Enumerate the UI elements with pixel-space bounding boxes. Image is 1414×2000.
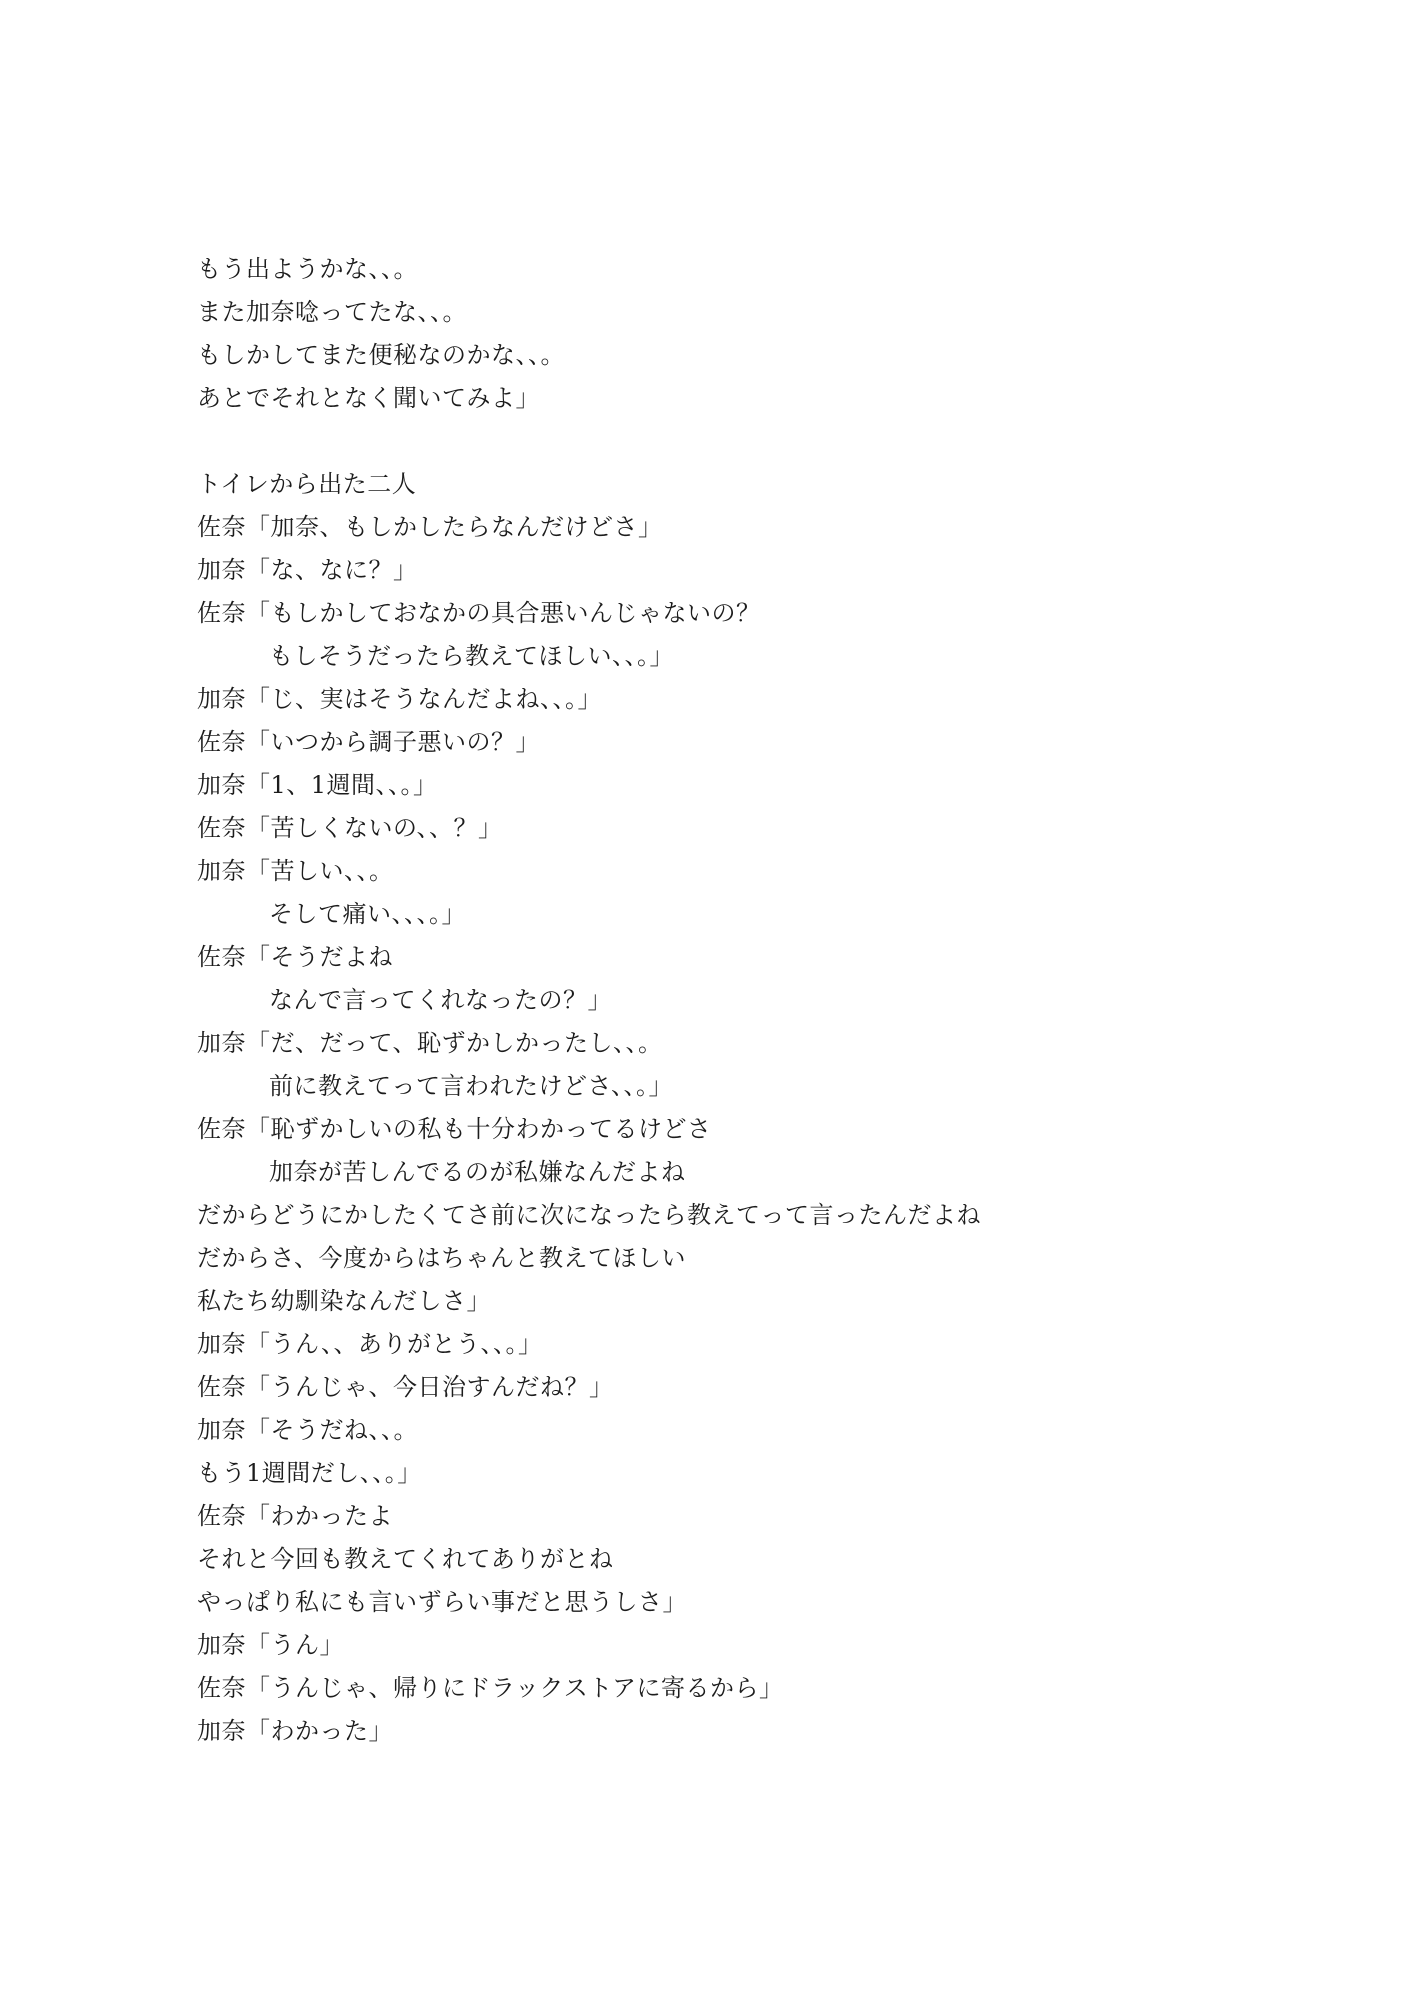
text-line: 加奈「うん、、ありがとう、、。」 (197, 1323, 1327, 1366)
text-line: やっぱり私にも言いずらい事だと思うしさ」 (197, 1581, 1327, 1624)
text-line: なんで言ってくれなったの？」 (197, 979, 1327, 1022)
text-line: もしかしてまた便秘なのかな、、。 (197, 334, 1327, 377)
text-line: 加奈「じ、実はそうなんだよね、、。」 (197, 678, 1327, 721)
text-line: もう出ようかな、、。 (197, 248, 1327, 291)
text-line: あとでそれとなく聞いてみよ」 (197, 377, 1327, 420)
text-line: 加奈「そうだね、、。 (197, 1409, 1327, 1452)
text-line: 加奈「だ、だって、恥ずかしかったし、、。 (197, 1022, 1327, 1065)
text-line: トイレから出た二人 (197, 463, 1327, 506)
script-text-block: もう出ようかな、、。 また加奈唸ってたな、、。 もしかしてまた便秘なのかな、、。… (197, 248, 1327, 1753)
text-line: 加奈「わかった」 (197, 1710, 1327, 1753)
text-line: また加奈唸ってたな、、。 (197, 291, 1327, 334)
text-line: それと今回も教えてくれてありがとね (197, 1538, 1327, 1581)
text-line: 加奈「な、なに？」 (197, 549, 1327, 592)
text-line: 佐奈「加奈、もしかしたらなんだけどさ」 (197, 506, 1327, 549)
text-line: 前に教えてって言われたけどさ、、。」 (197, 1065, 1327, 1108)
text-line: 佐奈「もしかしておなかの具合悪いんじゃないの？ (197, 592, 1327, 635)
text-line: 加奈「1、1週間、、。」 (197, 764, 1327, 807)
text-line: 佐奈「いつから調子悪いの？」 (197, 721, 1327, 764)
text-line: 佐奈「そうだよね (197, 936, 1327, 979)
text-line: 佐奈「苦しくないの、、？」 (197, 807, 1327, 850)
text-line: 佐奈「うんじゃ、今日治すんだね？」 (197, 1366, 1327, 1409)
text-line: 佐奈「わかったよ (197, 1495, 1327, 1538)
text-line: 加奈「うん」 (197, 1624, 1327, 1667)
text-line: そして痛い、、、。」 (197, 893, 1327, 936)
blank-line (197, 420, 1327, 463)
text-line: 加奈「苦しい、、。 (197, 850, 1327, 893)
text-line: だからどうにかしたくてさ前に次になったら教えてって言ったんだよね (197, 1194, 1327, 1237)
text-line: 加奈が苦しんでるのが私嫌なんだよね (197, 1151, 1327, 1194)
text-line: 佐奈「うんじゃ、帰りにドラックストアに寄るから」 (197, 1667, 1327, 1710)
text-line: だからさ、今度からはちゃんと教えてほしい (197, 1237, 1327, 1280)
text-line: もう1週間だし、、。」 (197, 1452, 1327, 1495)
text-line: もしそうだったら教えてほしい、、。」 (197, 635, 1327, 678)
text-line: 私たち幼馴染なんだしさ」 (197, 1280, 1327, 1323)
text-line: 佐奈「恥ずかしいの私も十分わかってるけどさ (197, 1108, 1327, 1151)
document-page: もう出ようかな、、。 また加奈唸ってたな、、。 もしかしてまた便秘なのかな、、。… (0, 0, 1414, 2000)
